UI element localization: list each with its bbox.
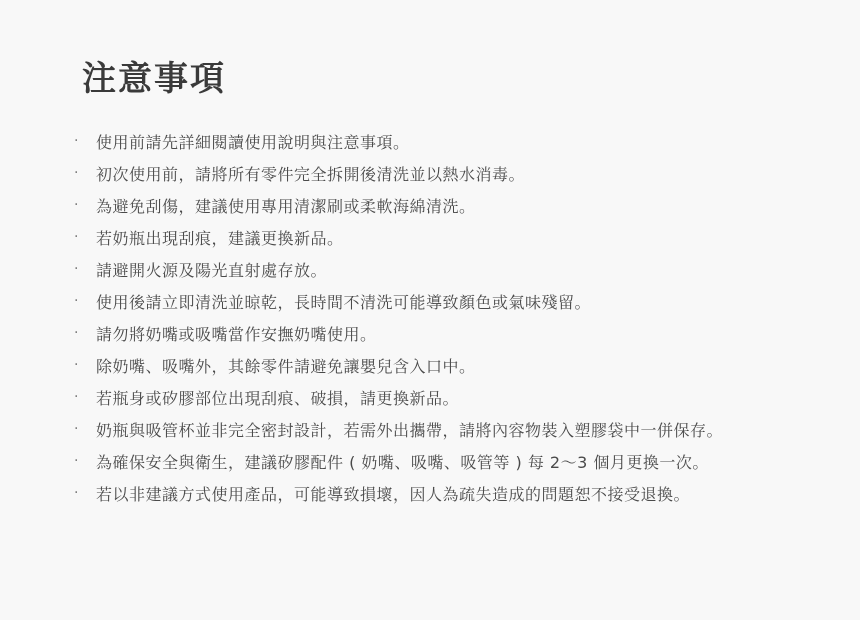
bullet-icon: · <box>74 421 96 437</box>
bullet-icon: · <box>74 389 96 405</box>
bullet-icon: · <box>74 197 96 213</box>
note-text: 若以非建議方式使用產品，可能導致損壞，因人為疏失造成的問題恕不接受退換。 <box>96 482 690 505</box>
bullet-icon: · <box>74 229 96 245</box>
notes-list: · 使用前請先詳細閱讀使用說明與注意事項。 · 初次使用前，請將所有零件完全拆開… <box>74 125 723 509</box>
note-text: 請勿將奶嘴或吸嘴當作安撫奶嘴使用。 <box>96 322 377 345</box>
list-item: · 為確保安全與衛生，建議矽膠配件 ( 奶嘴、吸嘴、吸管等 ) 每 2～3 個月… <box>74 445 723 477</box>
bullet-icon: · <box>74 453 96 469</box>
bullet-icon: · <box>74 485 96 501</box>
bullet-icon: · <box>74 357 96 373</box>
note-text: 使用前請先詳細閱讀使用說明與注意事項。 <box>96 130 410 153</box>
note-text: 請避開火源及陽光直射處存放。 <box>96 258 327 281</box>
notice-page: 注意事項 · 使用前請先詳細閱讀使用說明與注意事項。 · 初次使用前，請將所有零… <box>0 0 860 620</box>
note-text: 若奶瓶出現刮痕，建議更換新品。 <box>96 226 344 249</box>
note-text: 若瓶身或矽膠部位出現刮痕、破損，請更換新品。 <box>96 386 459 409</box>
note-text: 初次使用前，請將所有零件完全拆開後清洗並以熱水消毒。 <box>96 162 525 185</box>
list-item: · 若瓶身或矽膠部位出現刮痕、破損，請更換新品。 <box>74 381 723 413</box>
bullet-icon: · <box>74 261 96 277</box>
list-item: · 請避開火源及陽光直射處存放。 <box>74 253 723 285</box>
list-item: · 初次使用前，請將所有零件完全拆開後清洗並以熱水消毒。 <box>74 157 723 189</box>
page-title: 注意事項 <box>82 56 226 102</box>
list-item: · 為避免刮傷，建議使用專用清潔刷或柔軟海綿清洗。 <box>74 189 723 221</box>
list-item: · 使用後請立即清洗並晾乾，長時間不清洗可能導致顏色或氣味殘留。 <box>74 285 723 317</box>
list-item: · 請勿將奶嘴或吸嘴當作安撫奶嘴使用。 <box>74 317 723 349</box>
note-text: 奶瓶與吸管杯並非完全密封設計，若需外出攜帶，請將內容物裝入塑膠袋中一併保存。 <box>96 418 723 441</box>
note-text: 為確保安全與衛生，建議矽膠配件 ( 奶嘴、吸嘴、吸管等 ) 每 2～3 個月更換… <box>96 450 709 473</box>
note-text: 除奶嘴、吸嘴外，其餘零件請避免讓嬰兒含入口中。 <box>96 354 476 377</box>
list-item: · 若奶瓶出現刮痕，建議更換新品。 <box>74 221 723 253</box>
note-text: 為避免刮傷，建議使用專用清潔刷或柔軟海綿清洗。 <box>96 194 476 217</box>
list-item: · 若以非建議方式使用產品，可能導致損壞，因人為疏失造成的問題恕不接受退換。 <box>74 477 723 509</box>
bullet-icon: · <box>74 293 96 309</box>
list-item: · 使用前請先詳細閱讀使用說明與注意事項。 <box>74 125 723 157</box>
list-item: · 奶瓶與吸管杯並非完全密封設計，若需外出攜帶，請將內容物裝入塑膠袋中一併保存。 <box>74 413 723 445</box>
note-text: 使用後請立即清洗並晾乾，長時間不清洗可能導致顏色或氣味殘留。 <box>96 290 591 313</box>
bullet-icon: · <box>74 133 96 149</box>
bullet-icon: · <box>74 165 96 181</box>
list-item: · 除奶嘴、吸嘴外，其餘零件請避免讓嬰兒含入口中。 <box>74 349 723 381</box>
bullet-icon: · <box>74 325 96 341</box>
